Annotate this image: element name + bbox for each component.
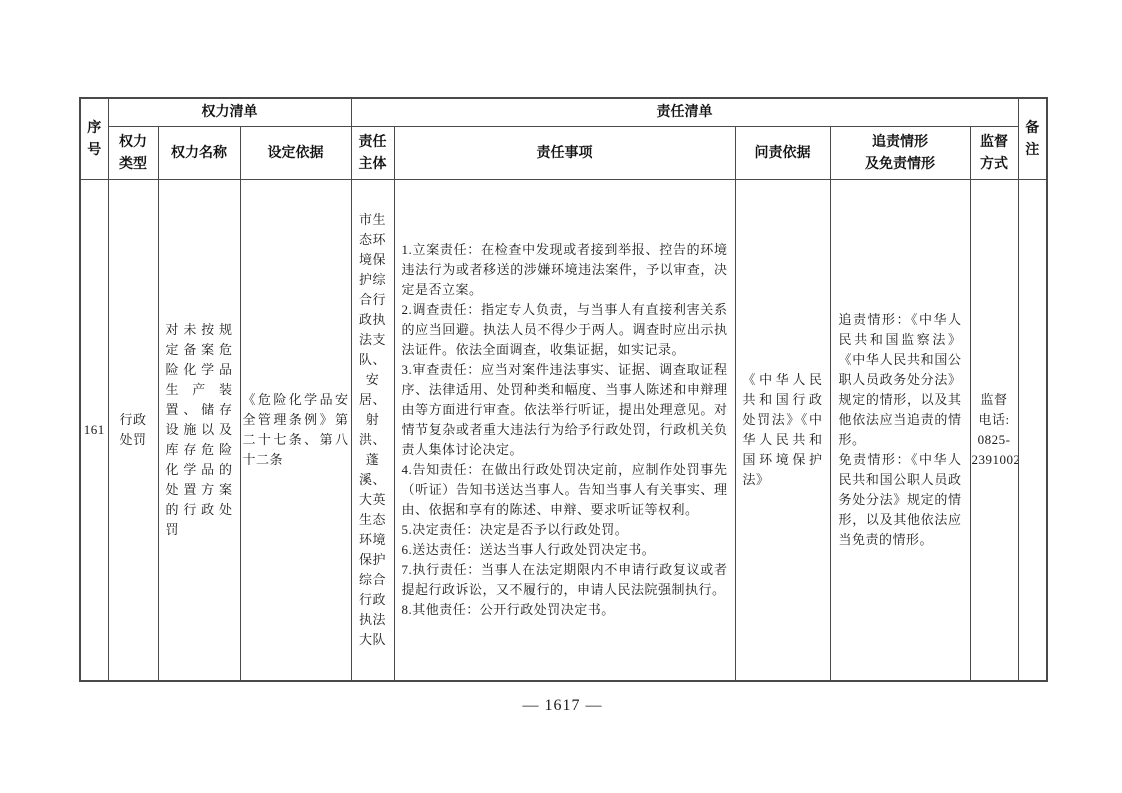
table-row: 161 行政 处罚 对未按规定备案危险化学品生产装置、储存设施以及库存危险化学品… [80,179,1047,681]
cell-serial-number: 161 [80,179,108,681]
cell-setting-basis: 《危险化学品安全管理条例》第二十七条、第八十二条 [240,179,351,681]
cell-accountability-basis: 《中华人民共和国行政处罚法》《中华人民共和国环境保护法》 [735,179,830,681]
header-group-power: 权力清单 [108,98,351,126]
header-supervision-method: 监督 方式 [970,126,1018,179]
header-remarks: 备 注 [1018,98,1047,179]
header-accountability-basis: 问责依据 [735,126,830,179]
cell-supervision-method: 监督 电话: 0825- 2391002 [970,179,1018,681]
header-setting-basis: 设定依据 [240,126,351,179]
page-number: — 1617 — [79,697,1046,715]
header-accountability-situations: 追责情形 及免责情形 [830,126,970,179]
power-responsibility-table: 序 号 权力清单 责任清单 备 注 权力 类型 权力名称 设定依据 责任 主体 … [79,97,1048,682]
cell-power-type: 行政 处罚 [108,179,158,681]
header-power-name: 权力名称 [158,126,240,179]
header-group-responsibility: 责任清单 [351,98,1018,126]
document-page: 序 号 权力清单 责任清单 备 注 权力 类型 权力名称 设定依据 责任 主体 … [0,0,1122,793]
cell-responsible-entity: 市生态环境保护综合行政执法支队、安居、射洪、蓬溪、大英生态环境保护综合行政执法大… [351,179,394,681]
header-responsibility-items: 责任事项 [394,126,735,179]
header-power-type: 权力 类型 [108,126,158,179]
cell-accountability-situations: 追责情形：《中华人民共和国监察法》《中华人民共和国公职人员政务处分法》规定的情形… [830,179,970,681]
cell-power-name: 对未按规定备案危险化学品生产装置、储存设施以及库存危险化学品的处置方案的行政处罚 [158,179,240,681]
header-responsible-entity: 责任 主体 [351,126,394,179]
cell-responsibility-items: 1.立案责任：在检查中发现或者接到举报、控告的环境违法行为或者移送的涉嫌环境违法… [394,179,735,681]
header-serial: 序 号 [80,98,108,179]
cell-remarks [1018,179,1047,681]
